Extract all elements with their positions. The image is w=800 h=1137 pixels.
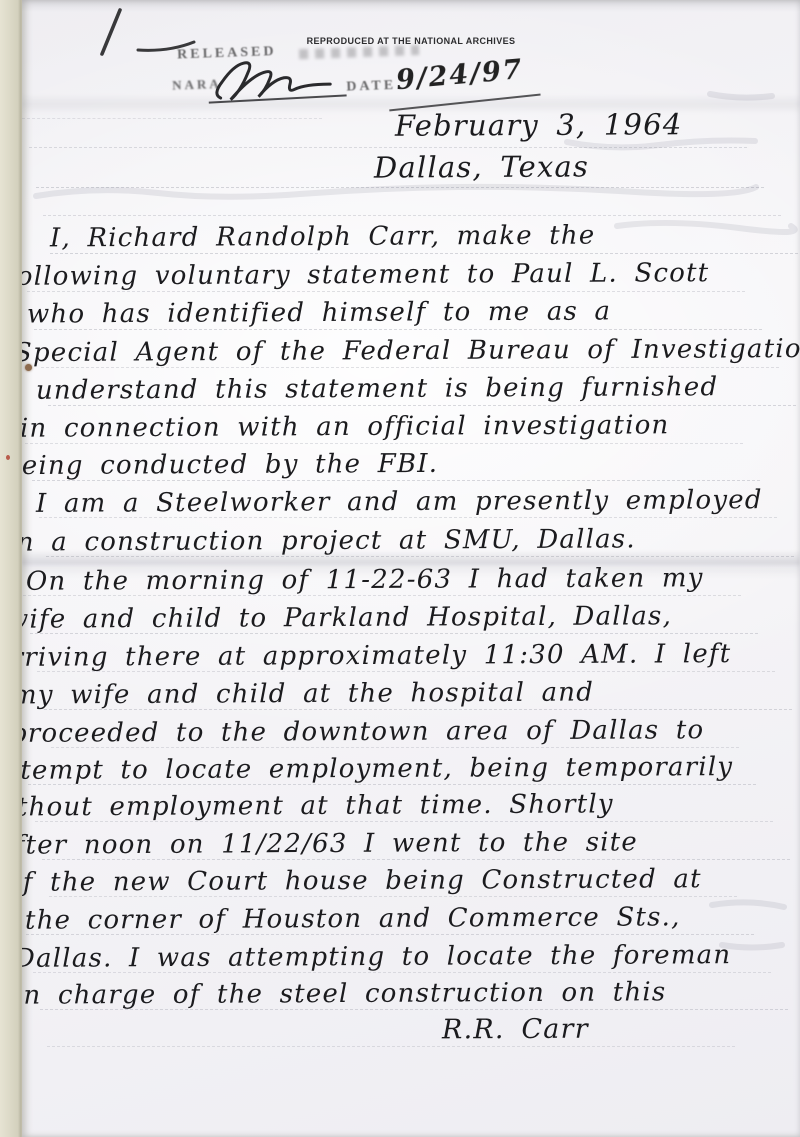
letter-line: I understand this statement is being fur… — [22, 372, 718, 406]
letter-line: the corner of Houston and Commerce Sts., — [25, 902, 681, 935]
letter-line: wife and child to Parkland Hospital, Dal… — [22, 601, 672, 634]
letter-signature: R.R. Carr — [442, 1014, 589, 1046]
red-speck — [6, 455, 10, 460]
letter-line: on a construction project at SMU, Dallas… — [22, 524, 636, 557]
stamp-date-line — [389, 94, 540, 112]
letter-line: Dallas. I was attempting to locate the f… — [22, 940, 731, 974]
paper-sheet: REPRODUCED AT THE NATIONAL ARCHIVES RELE… — [22, 0, 800, 1137]
punch-hole — [25, 364, 32, 371]
letter-line: On the morning of 11-22-63 I had taken m… — [26, 563, 704, 597]
pencil-checkmark — [82, 2, 212, 64]
letter-line: I am a Steelworker and am presently empl… — [36, 485, 763, 519]
letter-line: in connection with an official investiga… — [22, 410, 670, 443]
letter-line: after noon on 11/22/63 I went to the sit… — [22, 827, 638, 860]
scanned-document-page: { "document": { "archive_header": "REPRO… — [0, 0, 800, 1137]
letter-line: in charge of the steel construction on t… — [22, 977, 666, 1010]
letter-line: Special Agent of the Federal Bureau of I… — [22, 334, 800, 368]
letter-line: who has identified himself to me as a — [27, 296, 611, 329]
letter-line: arriving there at approximately 11:30 AM… — [22, 639, 731, 673]
letter-line: of the new Court house being Constructed… — [22, 864, 702, 898]
letter-line: without employment at that time. Shortly — [22, 789, 614, 822]
letter-date: February 3, 1964 — [395, 107, 683, 143]
letter-line: proceeded to the downtown area of Dallas… — [22, 715, 704, 749]
stamp-date-label: DATE — [346, 78, 396, 96]
letter-line: attempt to locate employment, being temp… — [22, 752, 733, 786]
letter-line: following voluntary statement to Paul L.… — [22, 258, 709, 292]
letter-line: I, Richard Randolph Carr, make the — [50, 221, 596, 254]
letter-line: being conducted by the FBI. — [22, 449, 438, 481]
stamp-date-value: 9/24/97 — [395, 54, 525, 96]
letter-place: Dallas, Texas — [374, 149, 589, 184]
letter-line: my wife and child at the hospital and — [22, 677, 594, 710]
